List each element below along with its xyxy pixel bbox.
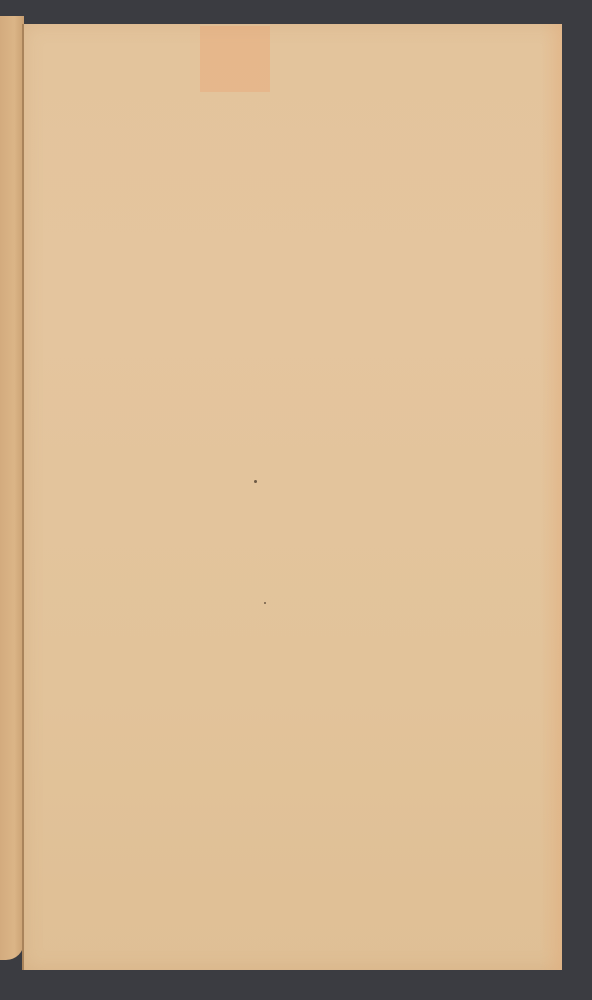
blank-page: [22, 24, 562, 970]
library-stamp: [200, 26, 270, 92]
facing-page-edge: [0, 16, 24, 960]
paper-speck: [264, 602, 266, 604]
page-edge-shading: [540, 24, 562, 970]
paper-speck: [254, 480, 257, 483]
